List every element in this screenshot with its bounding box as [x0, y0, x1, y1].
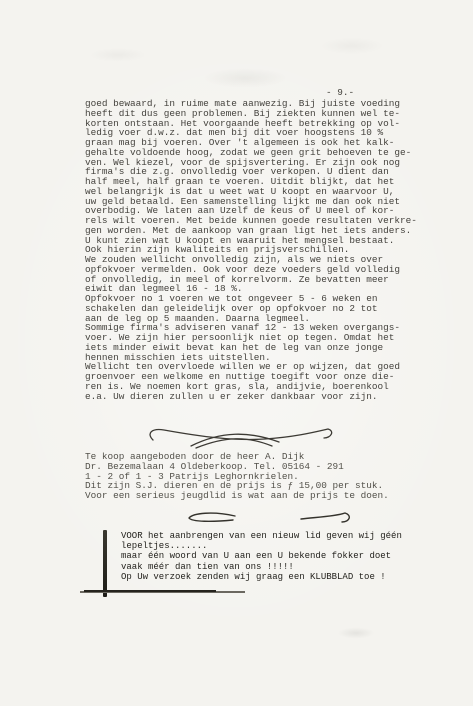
text-line: Voor een serieus jeugdlid is wat aan de … — [85, 491, 405, 501]
text-line: vaak méér dan tien van ons !!!!! — [121, 562, 411, 572]
ad-for-sale-block: Te koop aangeboden door de heer A. DijkD… — [85, 452, 405, 501]
text-line: VOOR het aanbrengen van een nieuw lid ge… — [121, 531, 411, 541]
notice-left-bar — [103, 530, 107, 597]
swash-right-icon — [299, 508, 355, 528]
swash-left-icon — [185, 510, 239, 528]
notice-box: VOOR het aanbrengen van een nieuw lid ge… — [121, 531, 411, 582]
text-line: maar één woord van U aan een U bekende f… — [121, 551, 411, 561]
text-line: e.a. Uw dieren zullen u er zeker dankbaa… — [85, 392, 415, 402]
body-paragraph: goed bewaard, in ruime mate aanwezig. Bi… — [85, 99, 415, 401]
text-line: lepeltjes....... — [121, 541, 411, 551]
scanned-document-page: - 9.- goed bewaard, in ruime mate aanwez… — [0, 0, 473, 706]
swash-divider-icon — [143, 414, 338, 450]
text-line: Op Uw verzoek zenden wij graag een KLUBB… — [121, 572, 411, 582]
page-number: - 9.- — [326, 87, 354, 98]
notice-bottom-rule-dark — [84, 590, 216, 593]
